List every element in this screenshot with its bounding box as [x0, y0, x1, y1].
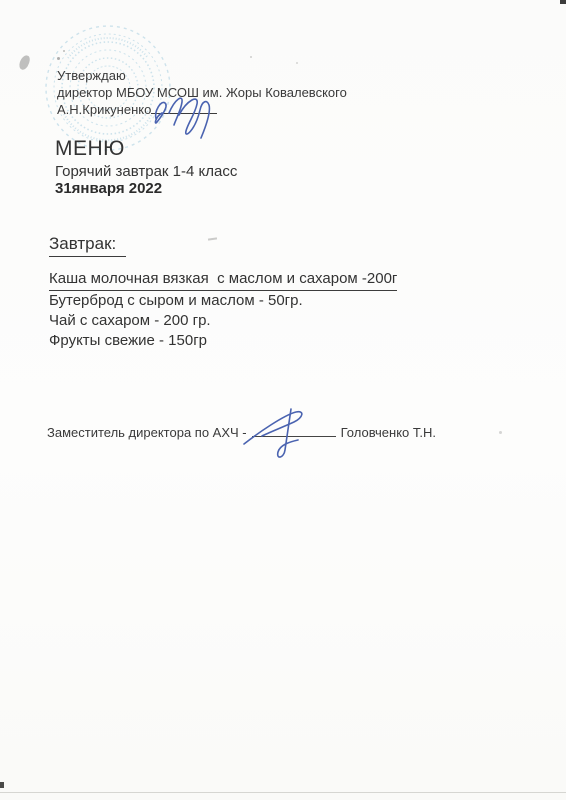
deputy-name: Головченко Т.Н. [341, 425, 436, 440]
scan-artifact-smudge [18, 54, 31, 71]
scan-artifact-dot [250, 56, 252, 58]
menu-date: 31января 2022 [55, 180, 162, 197]
scan-artifact-corner-bottom-left [0, 782, 4, 788]
menu-list: Каша молочная вязкая с маслом и сахаром … [49, 269, 397, 351]
section-heading-breakfast: Завтрак: [49, 234, 126, 257]
menu-item-frukty: Фрукты свежие - 150гр [49, 331, 397, 351]
scan-artifact-dot [499, 431, 502, 434]
scan-artifact-dot [63, 50, 65, 52]
menu-item-kasha: Каша молочная вязкая с маслом и сахаром … [49, 269, 397, 291]
scan-artifact-bottom-edge [0, 792, 566, 793]
scan-artifact-dot [296, 62, 298, 64]
director-signature [148, 88, 228, 143]
menu-title: МЕНЮ [55, 137, 125, 161]
deputy-signature [238, 402, 328, 462]
scanned-menu-document: Утверждаю директор МБОУ МСОШ им. Жоры Ко… [0, 0, 566, 800]
approval-line-approve: Утверждаю [57, 67, 347, 84]
menu-item-chai: Чай с сахаром - 200 гр. [49, 311, 397, 331]
scan-artifact-dot [57, 57, 60, 60]
scan-artifact-corner-top-right [560, 0, 566, 4]
deputy-label: Заместитель директора по АХЧ - [47, 425, 247, 440]
menu-subtitle: Горячий завтрак 1-4 класс [55, 163, 237, 180]
scan-artifact-dash [208, 237, 217, 240]
menu-item-buterbrod: Бутерброд с сыром и маслом - 50гр. [49, 291, 397, 311]
